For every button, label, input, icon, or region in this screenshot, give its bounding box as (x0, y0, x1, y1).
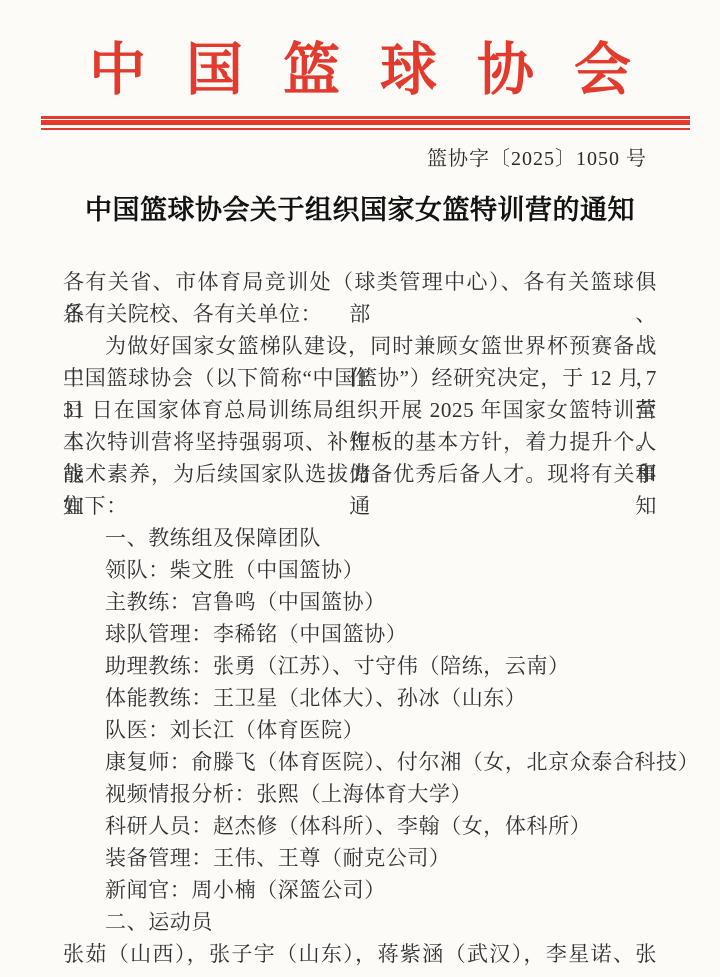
document-title: 中国篮球协会关于组织国家女篮特训营的通知 (0, 188, 720, 227)
body-line: 康复师：俞滕飞（体育医院）、付尔湘（女，北京众泰合科技） (63, 746, 657, 778)
letterhead-divider (41, 116, 690, 130)
body-line: 本次特训营将坚持强弱项、补短板的基本方针，着力提升个人能力和 (63, 426, 657, 458)
body-line: 新闻官：周小楠（深篮公司） (63, 874, 657, 906)
body-line: 各有关省、市体育局竞训处（球类管理中心）、各有关篮球俱乐部、 (63, 266, 657, 298)
body-line: 主教练：宫鲁鸣（中国篮协） (63, 586, 657, 618)
letterhead-org-name: 中国篮球协会 (0, 40, 720, 103)
body-line: 中国篮球协会（以下简称“中国篮协”）经研究决定，于 12 月 7 日至 (63, 362, 657, 394)
body-line: 球队管理：李稀铭（中国篮协） (63, 618, 657, 650)
body-line: 31 日在国家体育总局训练局组织开展 2025 年国家女篮特训营工作。 (63, 394, 657, 426)
body-line: 张茹（山西），张子宇（山东），蒋紫涵（武汉），李星诺、张 (63, 938, 657, 970)
section-heading-coaches: 一、教练组及保障团队 (63, 522, 657, 554)
body-line: 战术素养，为后续国家队选拔储备优秀后备人才。现将有关事宜通知 (63, 458, 657, 490)
document-body: 各有关省、市体育局竞训处（球类管理中心）、各有关篮球俱乐部、 各有关院校、各有关… (63, 266, 657, 970)
body-line: 领队：柴文胜（中国篮协） (63, 554, 657, 586)
body-line: 队医：刘长江（体育医院） (63, 714, 657, 746)
document-page: 中国篮球协会 篮协字〔2025〕1050 号 中国篮球协会关于组织国家女篮特训营… (0, 0, 720, 977)
body-line: 体能教练：王卫星（北体大）、孙冰（山东） (63, 682, 657, 714)
body-line: 装备管理：王伟、王尊（耐克公司） (63, 842, 657, 874)
body-line: 助理教练：张勇（江苏）、寸守伟（陪练，云南） (63, 650, 657, 682)
section-heading-athletes: 二、运动员 (63, 906, 657, 938)
document-number: 篮协字〔2025〕1050 号 (427, 142, 647, 171)
body-line: 科研人员：赵杰修（体科所）、李翰（女，体科所） (63, 810, 657, 842)
divider-line-bottom (41, 128, 690, 130)
body-line: 为做好国家女篮梯队建设，同时兼顾女篮世界杯预赛备战工作， (63, 330, 657, 362)
body-line: 视频情报分析：张熙（上海体育大学） (63, 778, 657, 810)
